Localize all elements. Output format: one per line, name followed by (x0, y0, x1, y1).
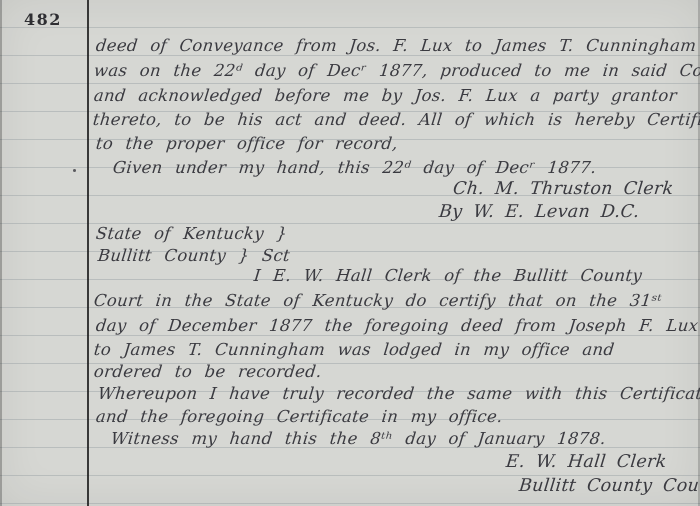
clerk-signature: Ch. M. Thruston Clerk (452, 179, 675, 199)
page-number: 482 (24, 10, 62, 29)
margin-rule (87, 0, 89, 506)
court-name-signature: Bullitt County Court (518, 476, 700, 496)
record-line: deed of Conveyance from Jos. F. Lux to J… (95, 36, 697, 55)
record-line: and acknowledged before me by Jos. F. Lu… (93, 86, 678, 105)
clerk-signature: E. W. Hall Clerk (505, 452, 668, 472)
state-caption: State of Kentucky } (95, 224, 288, 243)
record-line: Whereupon I have truly recorded the same… (97, 384, 700, 403)
record-line: day of December 1877 the foregoing deed … (95, 316, 699, 335)
record-line: Given under my hand, this 22ᵈ day of Dec… (112, 158, 597, 177)
deed-record-scan: 482 deed of Conveyance from Jos. F. Lux … (0, 0, 700, 506)
record-line: ordered to be recorded. (93, 362, 323, 381)
record-line: I E. W. Hall Clerk of the Bullitt County (253, 266, 643, 285)
record-line: thereto, to be his act and deed. All of … (92, 110, 700, 129)
page-left-edge (0, 0, 2, 506)
record-line: and the foregoing Certificate in my offi… (95, 407, 504, 426)
record-line: was on the 22ᵈ day of Decʳ 1877, produce… (93, 61, 700, 80)
ink-speck (73, 169, 76, 172)
attestation-line: Witness my hand this the 8ᵗʰ day of Janu… (110, 429, 607, 448)
record-line: Court in the State of Kentucky do certif… (93, 291, 663, 310)
deputy-clerk-signature: By W. E. Levan D.C. (438, 202, 641, 222)
county-caption: Bullitt County } Sct (97, 246, 291, 265)
record-line: to James T. Cunningham was lodged in my … (93, 340, 615, 359)
record-line: to the proper office for record, (95, 134, 399, 153)
